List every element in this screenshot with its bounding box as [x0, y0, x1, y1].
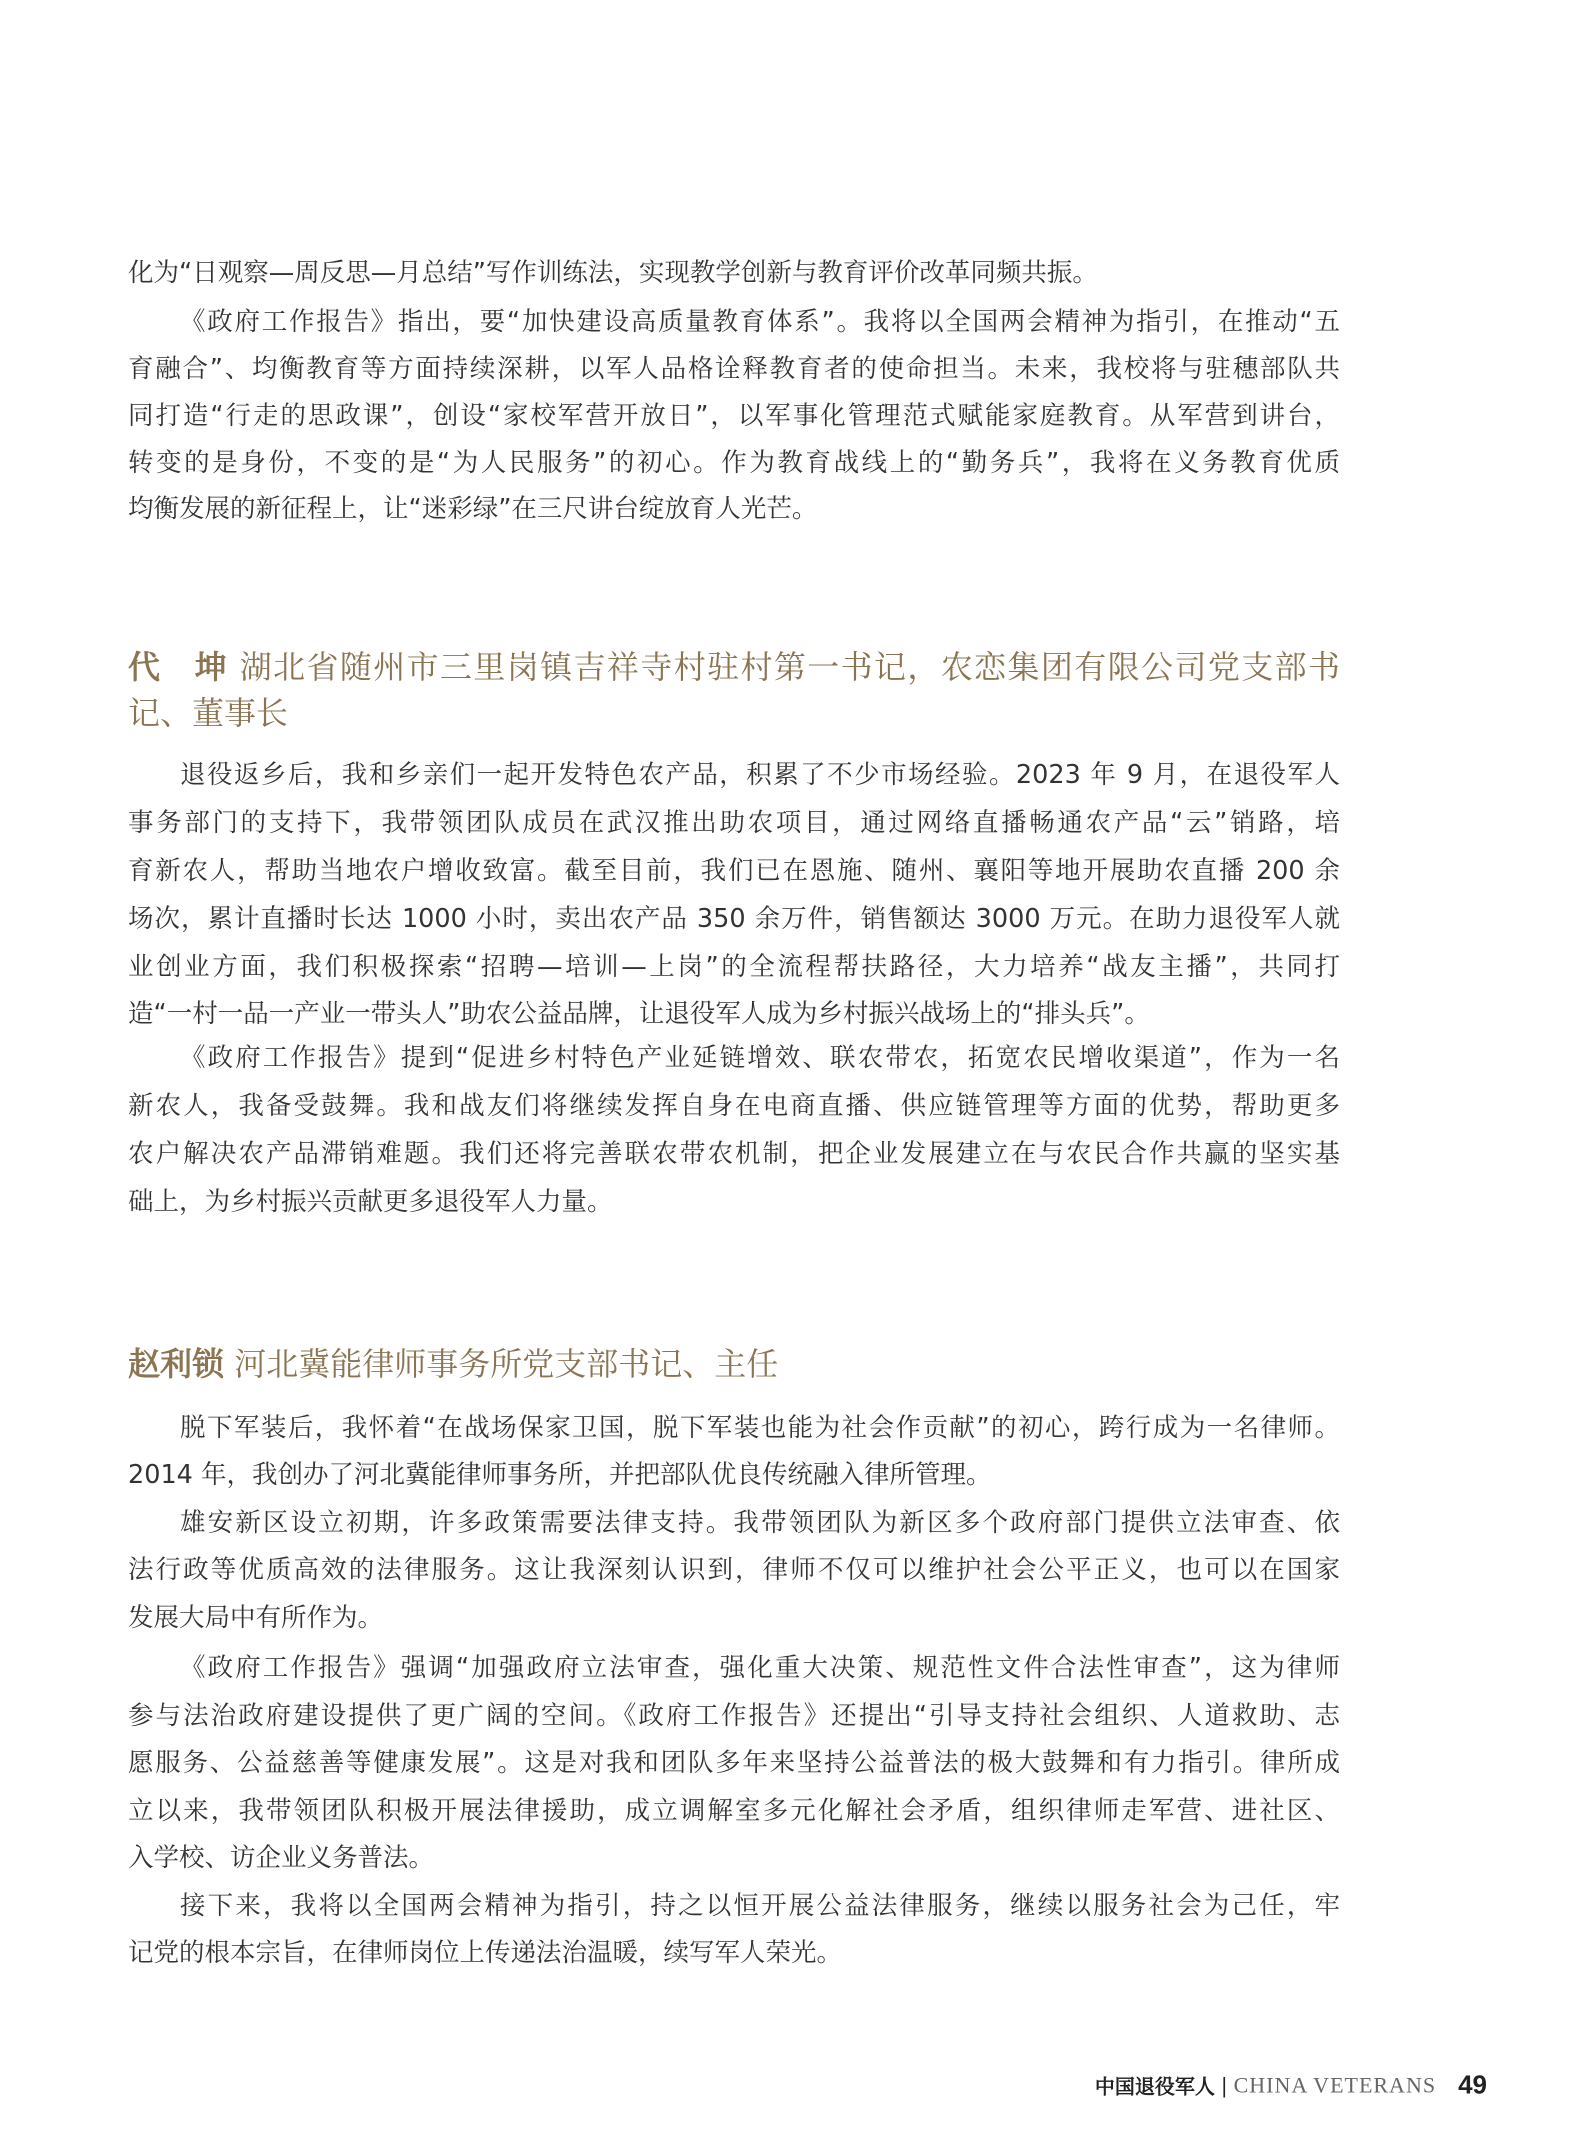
paragraph-line: 脱下军装后，我怀着“在战场保家卫国，脱下军装也能为社会作贡献”的初心，跨行成为一…: [180, 1411, 1340, 1445]
paragraph-line: 础上，为乡村振兴贡献更多退役军人力量。: [128, 1185, 1340, 1219]
section-heading-continued: 记、董事长: [128, 693, 1340, 733]
magazine-name-en: CHINA VETERANS: [1234, 2072, 1436, 2098]
paragraph-line: 农户解决农产品滞销难题。我们还将完善联农带农机制，把企业发展建立在与农民合作共赢…: [128, 1137, 1340, 1171]
page-number: 49: [1458, 2070, 1487, 2101]
paragraph-line: 化为“日观察—周反思—月总结”写作训练法，实现教学创新与教育评价改革同频共振。: [128, 256, 1340, 290]
paragraph-line: 场次，累计直播时长达 1000 小时，卖出农产品 350 余万件，销售额达 30…: [128, 902, 1340, 936]
paragraph-line: 育融合”、均衡教育等方面持续深耕，以军人品格诠释教育者的使命担当。未来，我校将与…: [128, 352, 1340, 386]
paragraph-line: 造“一村一品一产业一带头人”助农公益品牌，让退役军人成为乡村振兴战场上的“排头兵…: [128, 997, 1340, 1031]
magazine-name-cn: 中国退役军人: [1095, 2071, 1215, 2100]
paragraph-line: 立以来，我带领团队积极开展法律援助，成立调解室多元化解社会矛盾，组织律师走军营、…: [128, 1794, 1340, 1828]
paragraph-line: 事务部门的支持下，我带领团队成员在武汉推出助农项目，通过网络直播畅通农产品“云”…: [128, 806, 1340, 840]
section-heading: 赵利锁 河北冀能律师事务所党支部书记、主任: [128, 1344, 1340, 1384]
paragraph-line: 业创业方面，我们积极探索“招聘—培训—上岗”的全流程帮扶路径，大力培养“战友主播…: [128, 950, 1340, 984]
paragraph-line: 2014 年，我创办了河北冀能律师事务所，并把部队优良传统融入律所管理。: [128, 1458, 1340, 1492]
paragraph-line: 均衡发展的新征程上，让“迷彩绿”在三尺讲台绽放育人光芒。: [128, 492, 1340, 526]
person-title: 河北冀能律师事务所党支部书记、主任: [234, 1345, 778, 1383]
paragraph-line: 新农人，我备受鼓舞。我和战友们将继续发挥自身在电商直播、供应链管理等方面的优势，…: [128, 1089, 1340, 1123]
paragraph-line: 参与法治政府建设提供了更广阔的空间。《政府工作报告》还提出“引导支持社会组织、人…: [128, 1699, 1340, 1733]
person-name: 代 坤: [128, 648, 228, 686]
footer-separator: |: [1221, 2073, 1228, 2097]
person-title: 湖北省随州市三里岗镇吉祥寺村驻村第一书记，农恋集团有限公司党支部书: [240, 648, 1340, 686]
paragraph-line: 《政府工作报告》强调“加强政府立法审查，强化重大决策、规范性文件合法性审查”，这…: [180, 1651, 1340, 1685]
paragraph-line: 转变的是身份，不变的是“为人民服务”的初心。作为教育战线上的“勤务兵”，我将在义…: [128, 446, 1340, 480]
paragraph-line: 退役返乡后，我和乡亲们一起开发特色农产品，积累了不少市场经验。2023 年 9 …: [180, 758, 1340, 792]
paragraph-line: 法行政等优质高效的法律服务。这让我深刻认识到，律师不仅可以维护社会公平正义，也可…: [128, 1553, 1340, 1587]
paragraph-line: 接下来，我将以全国两会精神为指引，持之以恒开展公益法律服务，继续以服务社会为己任…: [180, 1889, 1340, 1923]
section-heading: 代 坤 湖北省随州市三里岗镇吉祥寺村驻村第一书记，农恋集团有限公司党支部书: [128, 647, 1340, 687]
paragraph-line: 《政府工作报告》指出，要“加快建设高质量教育体系”。我将以全国两会精神为指引，在…: [180, 305, 1340, 339]
paragraph-line: 记党的根本宗旨，在律师岗位上传递法治温暖，续写军人荣光。: [128, 1936, 1340, 1970]
paragraph-line: 雄安新区设立初期，许多政策需要法律支持。我带领团队为新区多个政府部门提供立法审查…: [180, 1506, 1340, 1540]
person-name: 赵利锁: [128, 1345, 224, 1383]
paragraph-line: 同打造“行走的思政课”，创设“家校军营开放日”，以军事化管理范式赋能家庭教育。从…: [128, 399, 1340, 433]
paragraph-line: 愿服务、公益慈善等健康发展”。这是对我和团队多年来坚持公益普法的极大鼓舞和有力指…: [128, 1746, 1340, 1780]
paragraph-line: 《政府工作报告》提到“促进乡村特色产业延链增效、联农带农，拓宽农民增收渠道”，作…: [180, 1041, 1340, 1075]
paragraph-line: 入学校、访企业义务普法。: [128, 1841, 1340, 1875]
paragraph-line: 发展大局中有所作为。: [128, 1601, 1340, 1635]
paragraph-line: 育新农人，帮助当地农户增收致富。截至目前，我们已在恩施、随州、襄阳等地开展助农直…: [128, 854, 1340, 888]
page-footer: 中国退役军人 | CHINA VETERANS 49: [1095, 2070, 1487, 2101]
